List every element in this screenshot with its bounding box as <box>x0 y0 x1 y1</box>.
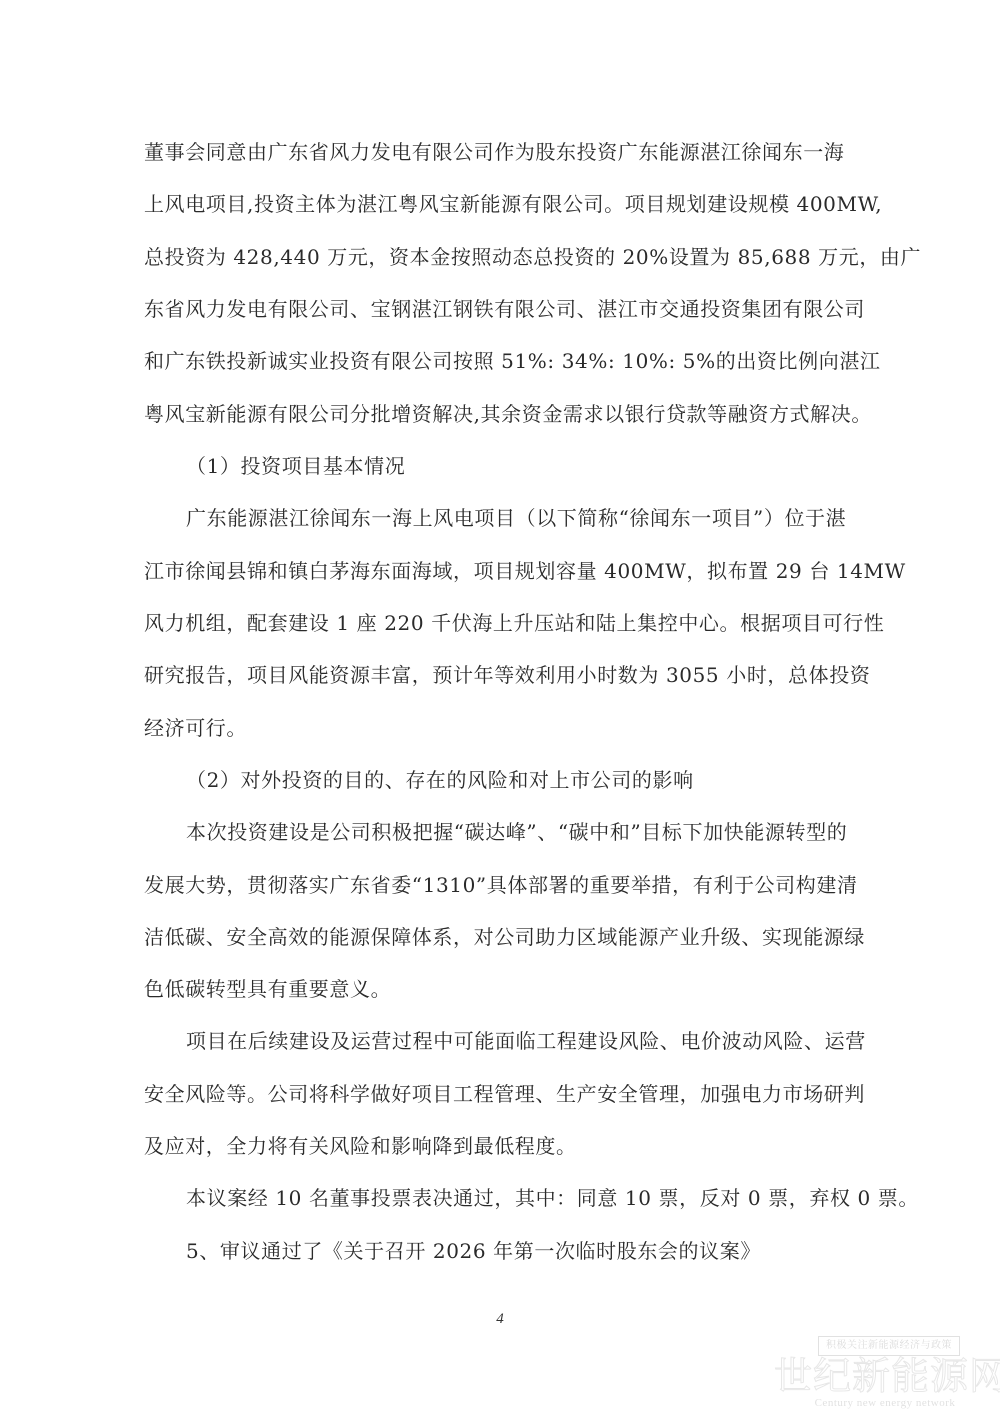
text-line: 项目在后续建设及运营过程中可能面临工程建设风险、电价波动风险、运营 <box>186 1026 860 1056</box>
text-line: （2）对外投资的目的、存在的风险和对上市公司的影响 <box>186 765 860 795</box>
watermark-english: Century new energy network <box>790 1396 980 1410</box>
text-line: 及应对，全力将有关风险和影响降到最低程度。 <box>144 1131 860 1161</box>
text-line: 安全风险等。公司将科学做好项目工程管理、生产安全管理，加强电力市场研判 <box>144 1079 860 1109</box>
text-line: 粤风宝新能源有限公司分批增资解决,其余资金需求以银行贷款等融资方式解决。 <box>144 399 860 429</box>
text-line: 色低碳转型具有重要意义。 <box>144 974 860 1004</box>
text-line: 风力机组，配套建设 1 座 220 千伏海上升压站和陆上集控中心。根据项目可行性 <box>144 608 860 638</box>
text-line: （1）投资项目基本情况 <box>186 451 860 481</box>
watermark-brand: 世纪新能源网 <box>774 1354 994 1398</box>
text-line: 本次投资建设是公司积极把握“碳达峰”、“碳中和”目标下加快能源转型的 <box>186 817 860 847</box>
text-line: 本议案经 10 名董事投票表决通过，其中：同意 10 票，反对 0 票，弃权 0… <box>186 1183 860 1213</box>
text-line: 东省风力发电有限公司、宝钢湛江钢铁有限公司、湛江市交通投资集团有限公司 <box>144 294 860 324</box>
text-line: 研究报告，项目风能资源丰富，预计年等效利用小时数为 3055 小时，总体投资 <box>144 660 860 690</box>
text-line: 广东能源湛江徐闻东一海上风电项目（以下简称“徐闻东一项目”）位于湛 <box>186 503 860 533</box>
text-line: 洁低碳、安全高效的能源保障体系，对公司助力区域能源产业升级、实现能源绿 <box>144 922 860 952</box>
watermark-logo: 积极关注新能源经济与政策 世纪新能源网 Century new energy n… <box>770 1336 996 1412</box>
text-line: 江市徐闻县锦和镇白茅海东面海域，项目规划容量 400MW，拟布置 29 台 14… <box>144 556 860 586</box>
text-line: 董事会同意由广东省风力发电有限公司作为股东投资广东能源湛江徐闻东一海 <box>144 137 860 167</box>
watermark-tagline: 积极关注新能源经济与政策 <box>818 1336 960 1356</box>
text-line: 总投资为 428,440 万元，资本金按照动态总投资的 20%设置为 85,68… <box>144 242 860 272</box>
text-line: 5、审议通过了《关于召开 2026 年第一次临时股东会的议案》 <box>186 1236 860 1266</box>
document-page: 董事会同意由广东省风力发电有限公司作为股东投资广东能源湛江徐闻东一海上风电项目,… <box>0 0 1000 1414</box>
text-line: 经济可行。 <box>144 713 860 743</box>
text-line: 上风电项目,投资主体为湛江粤风宝新能源有限公司。项目规划建设规模 400MW, <box>144 189 860 219</box>
page-number: 4 <box>490 1311 510 1328</box>
text-line: 和广东铁投新诚实业投资有限公司按照 51%: 34%: 10%: 5%的出资比例… <box>144 346 860 376</box>
text-line: 发展大势，贯彻落实广东省委“1310”具体部署的重要举措，有利于公司构建清 <box>144 870 860 900</box>
